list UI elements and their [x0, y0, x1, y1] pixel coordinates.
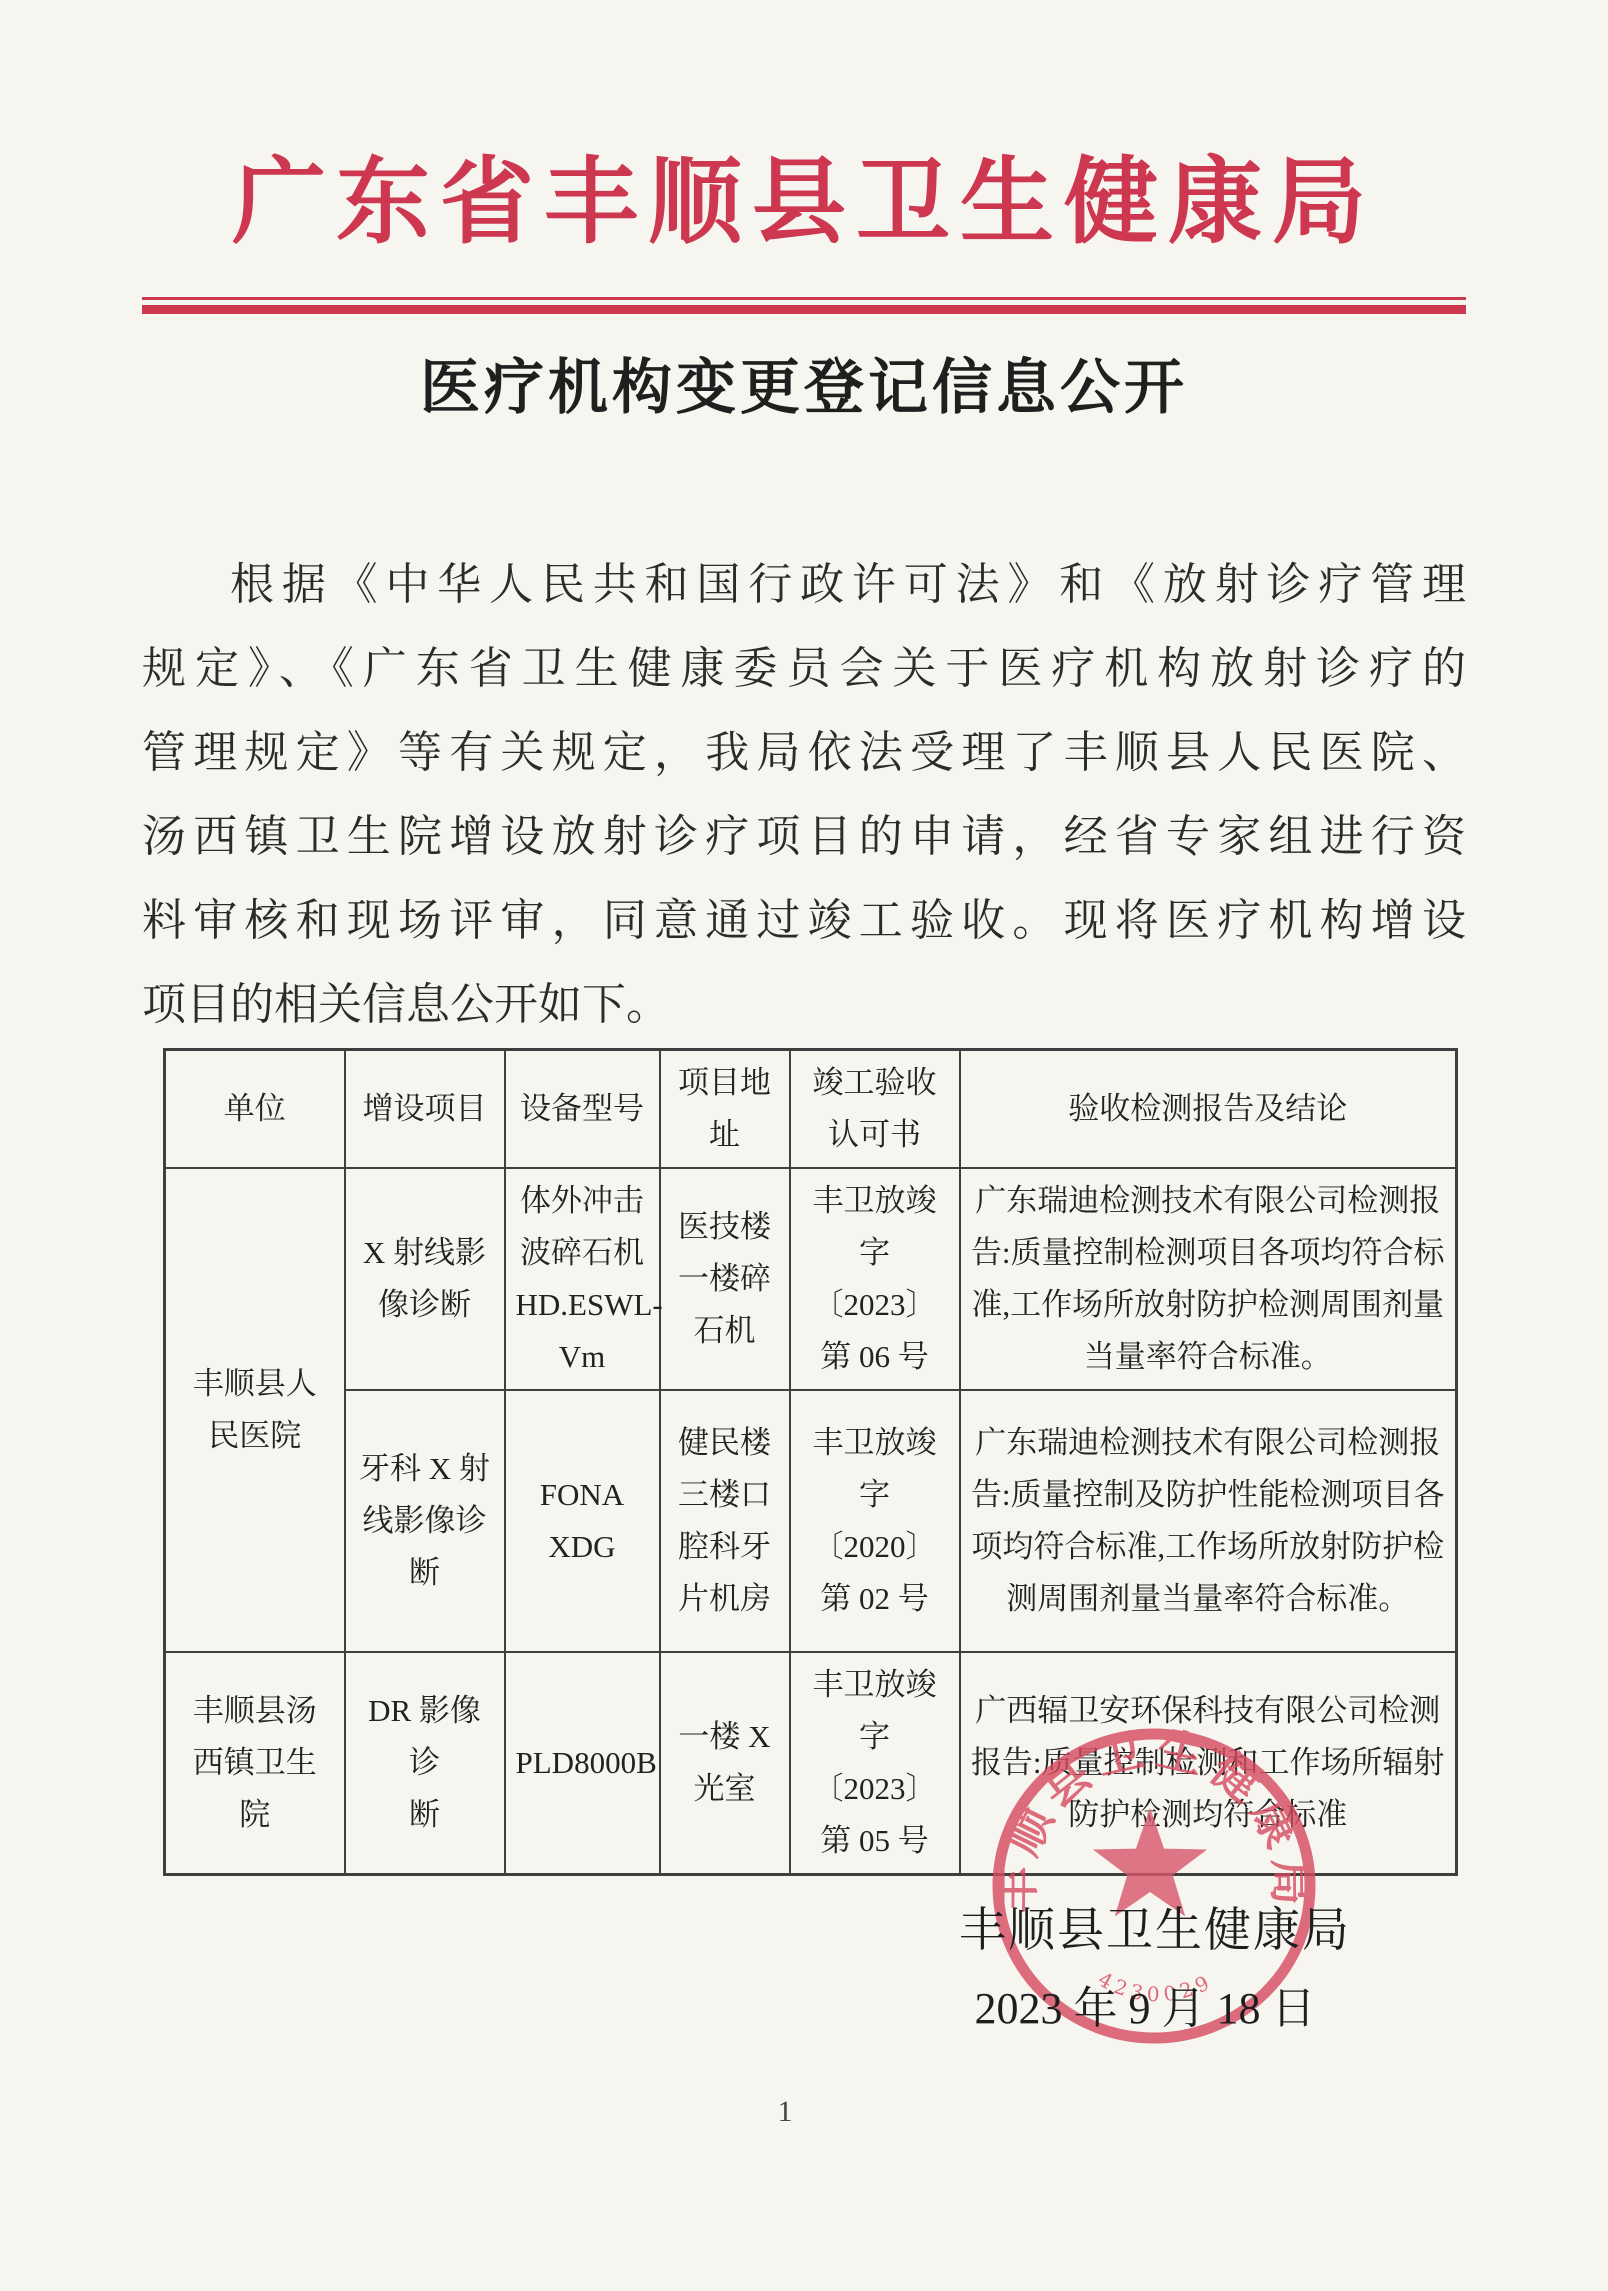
table-row: 丰顺县人 民医院 X 射线影 像诊断 体外冲击 波碎石机 HD.ESWL- Vm…: [165, 1168, 1457, 1390]
table-row: 牙科 X 射 线影像诊 断 FONA XDG 健民楼 三楼口 腔科牙 片机房 丰…: [165, 1390, 1457, 1652]
agency-header-title: 广东省丰顺县卫生健康局: [0, 126, 1608, 261]
body-line: 管理规定》等有关规定，我局依法受理了丰顺县人民医院、: [142, 711, 1466, 795]
header-model: 设备型号: [505, 1050, 660, 1169]
cell-report: 广东瑞迪检测技术有限公司检测报告:质量控制及防护性能检测项目各项均符合标准,工作…: [960, 1390, 1457, 1652]
cell-certificate: 丰卫放竣 字〔2020〕 第 02 号: [790, 1390, 960, 1652]
cell-address: 医技楼 一楼碎 石机: [660, 1168, 790, 1390]
header-report: 验收检测报告及结论: [960, 1050, 1457, 1169]
body-paragraph: 根据《中华人民共和国行政许可法》和《放射诊疗管理 规定》、《广东省卫生健康委员会…: [142, 543, 1466, 1047]
document-title: 医疗机构变更登记信息公开: [0, 340, 1608, 426]
cell-model: FONA XDG: [505, 1390, 660, 1652]
cell-model: PLD8000B: [505, 1652, 660, 1875]
header-address: 项目地 址: [660, 1050, 790, 1169]
cell-address: 一楼 X 光室: [660, 1652, 790, 1875]
cell-project: X 射线影 像诊断: [345, 1168, 505, 1390]
cell-report: 广西辐卫安环保科技有限公司检测报告:质量控制检测和工作场所辐射防护检测均符合标准: [960, 1652, 1457, 1875]
body-line: 规定》、《广东省卫生健康委员会关于医疗机构放射诊疗的: [142, 627, 1466, 711]
cell-report: 广东瑞迪检测技术有限公司检测报告:质量控制检测项目各项均符合标准,工作场所放射防…: [960, 1168, 1457, 1390]
header-org: 单位: [165, 1050, 345, 1169]
table-row: 丰顺县汤 西镇卫生 院 DR 影像诊 断 PLD8000B 一楼 X 光室 丰卫…: [165, 1652, 1457, 1875]
divider-thick-line: [142, 305, 1466, 314]
cell-project: 牙科 X 射 线影像诊 断: [345, 1390, 505, 1652]
cell-certificate: 丰卫放竣 字〔2023〕 第 06 号: [790, 1168, 960, 1390]
cell-project: DR 影像诊 断: [345, 1652, 505, 1875]
signature-date: 2023 年 9 月 18 日: [945, 1972, 1345, 2036]
cell-certificate: 丰卫放竣 字〔2023〕 第 05 号: [790, 1652, 960, 1875]
body-line: 根据《中华人民共和国行政许可法》和《放射诊疗管理: [142, 543, 1466, 627]
page-number: 1: [0, 2095, 1570, 2129]
header-certificate: 竣工验收 认可书: [790, 1050, 960, 1169]
cell-model: 体外冲击 波碎石机 HD.ESWL- Vm: [505, 1168, 660, 1390]
cell-org: 丰顺县人 民医院: [165, 1168, 345, 1652]
body-line: 料审核和现场评审，同意通过竣工验收。现将医疗机构增设: [142, 879, 1466, 963]
cell-org: 丰顺县汤 西镇卫生 院: [165, 1652, 345, 1875]
body-line: 汤西镇卫生院增设放射诊疗项目的申请，经省专家组进行资: [142, 795, 1466, 879]
cell-address: 健民楼 三楼口 腔科牙 片机房: [660, 1390, 790, 1652]
body-line: 项目的相关信息公开如下。: [142, 963, 1466, 1047]
signature-organization: 丰顺县卫生健康局: [955, 1893, 1355, 1960]
table-header-row: 单位 增设项目 设备型号 项目地 址 竣工验收 认可书 验收检测报告及结论: [165, 1050, 1457, 1169]
registration-table: 单位 增设项目 设备型号 项目地 址 竣工验收 认可书 验收检测报告及结论 丰顺…: [163, 1048, 1458, 1876]
header-project: 增设项目: [345, 1050, 505, 1169]
document-page: 广东省丰顺县卫生健康局 医疗机构变更登记信息公开 根据《中华人民共和国行政许可法…: [0, 0, 1608, 2291]
header-divider: [142, 297, 1466, 314]
